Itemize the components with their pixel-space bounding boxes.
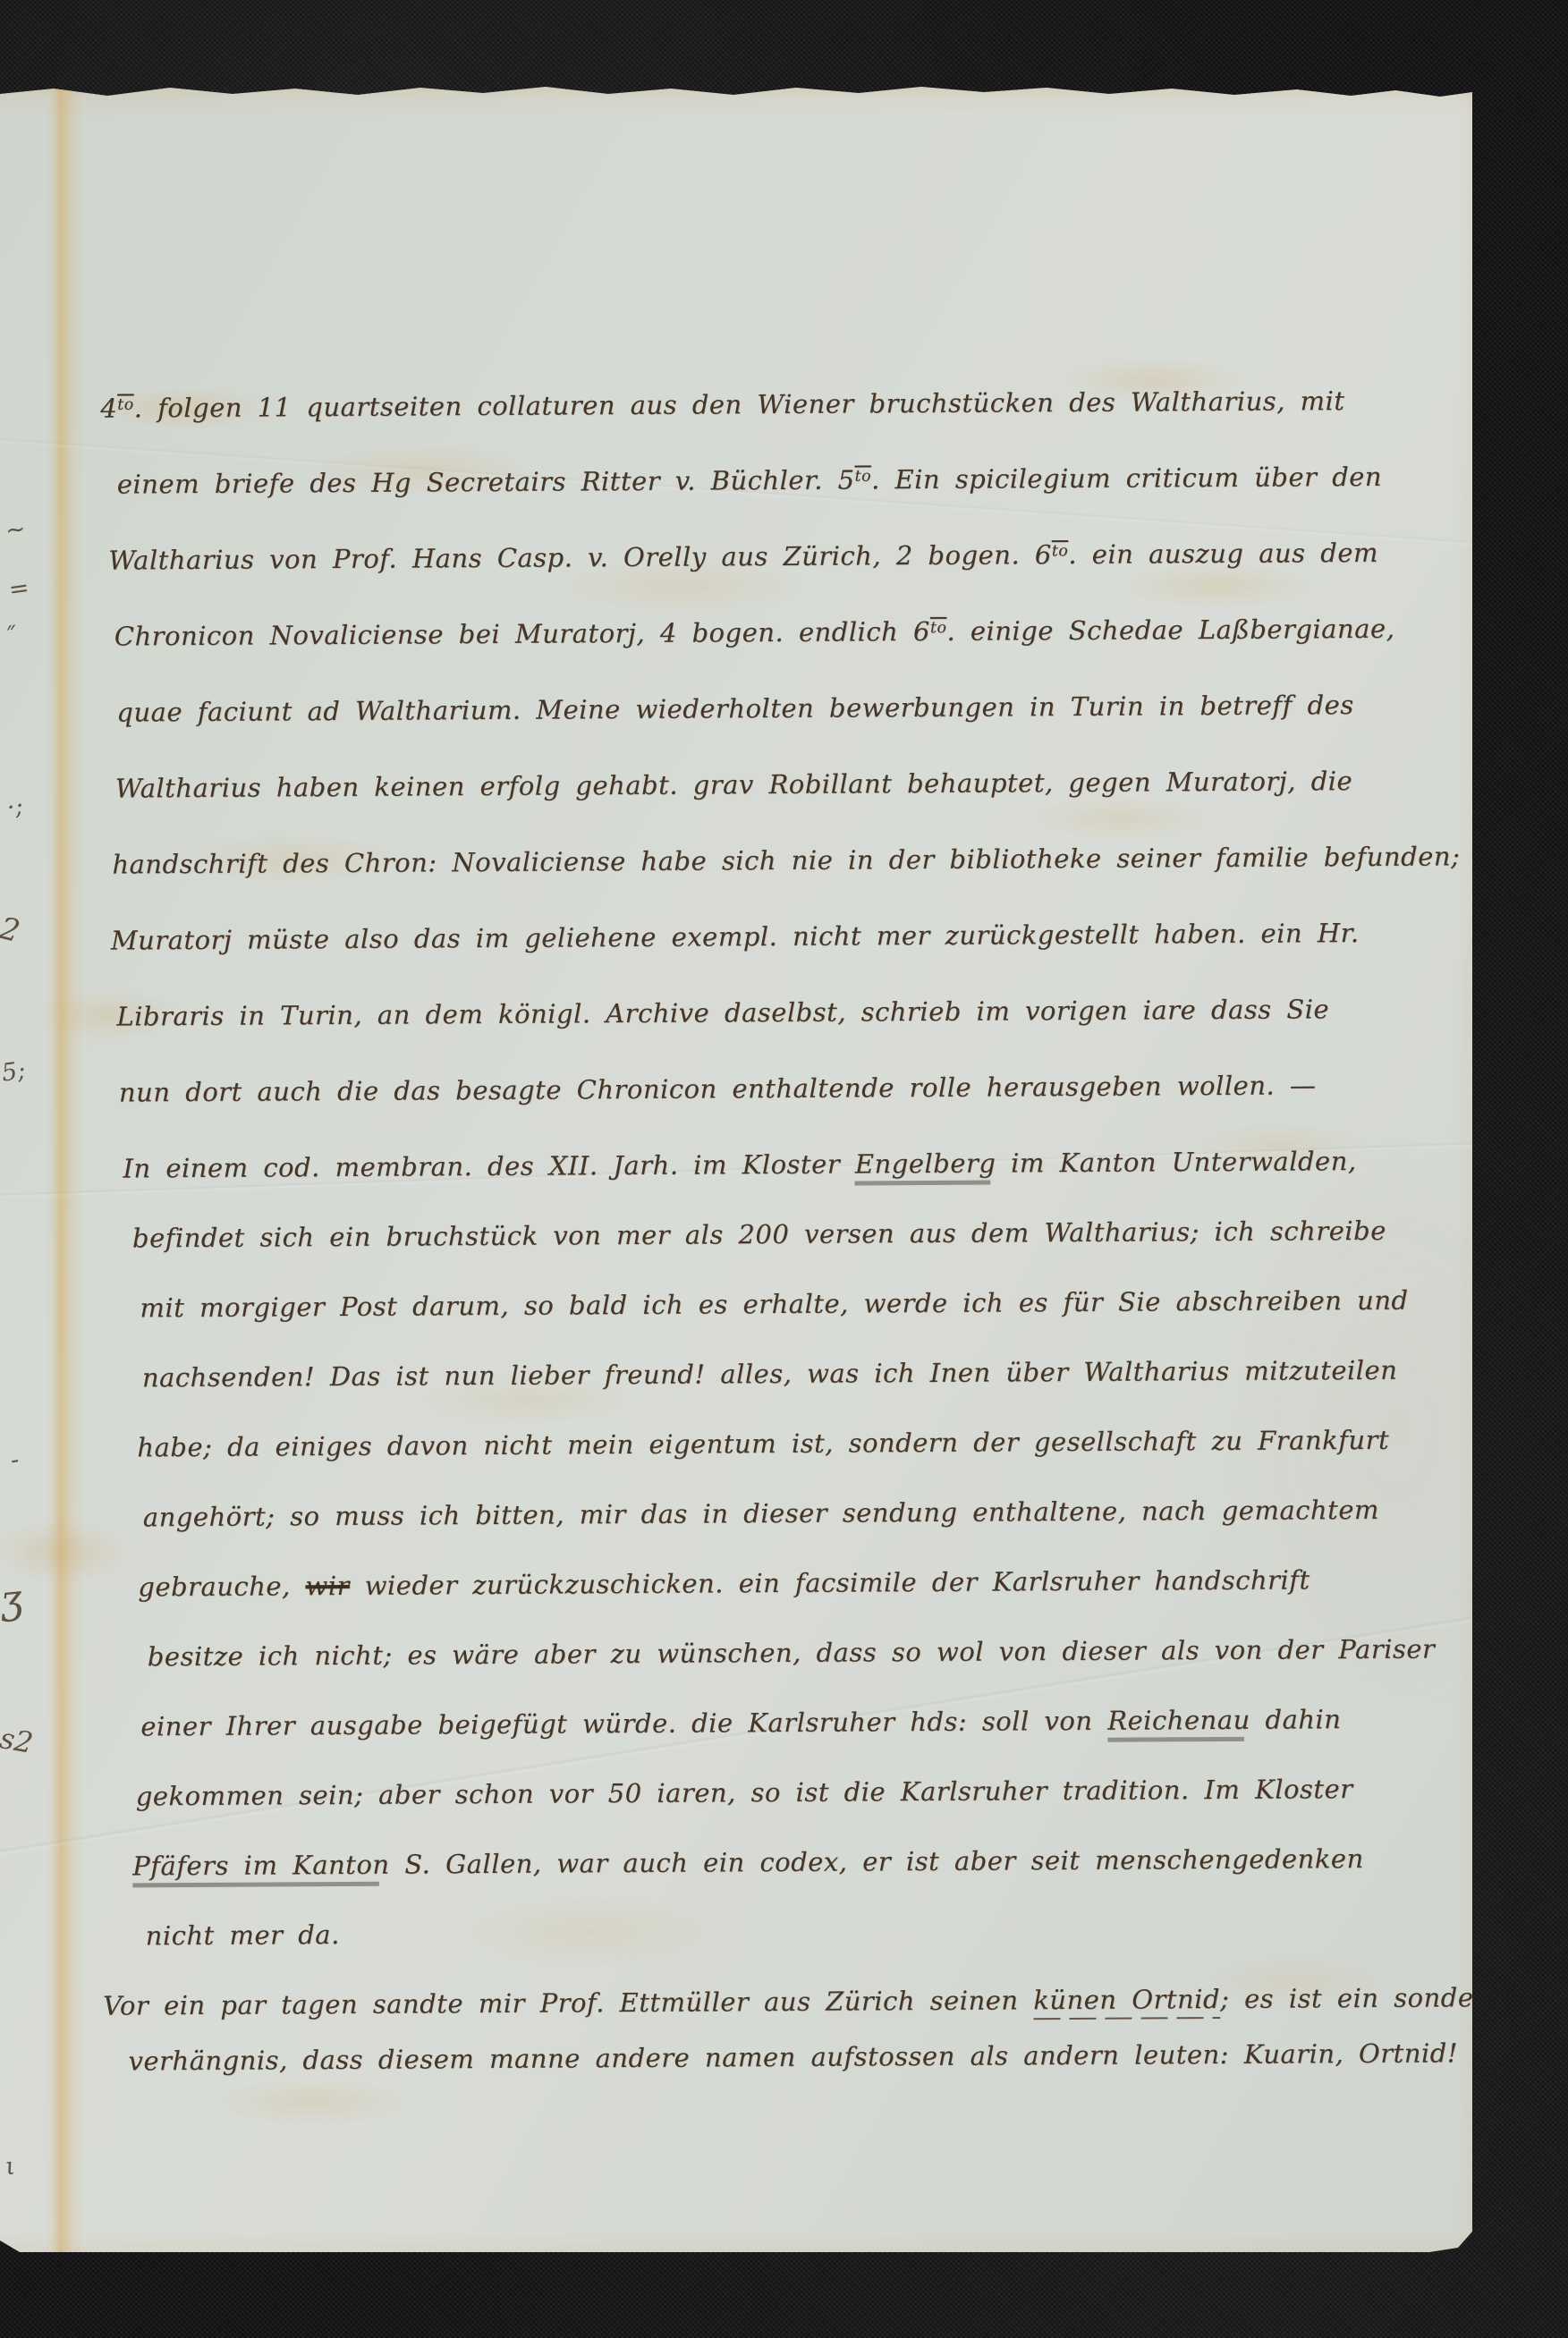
line-text: mit morgiger Post darum, so bald ich es … (140, 1285, 1408, 1324)
ink-fragment: ʒ (0, 1576, 24, 1623)
ordinal-superscript: to (1052, 542, 1069, 560)
manuscript-line: nicht mer da. (110, 1912, 1452, 1990)
pencil-underlined-word: Reichenau (1107, 1705, 1250, 1742)
manuscript-line: einem briefe des Hg Secretairs Ritter v.… (101, 461, 1443, 545)
manuscript-line: einer Ihrer ausgabe beigefügt würde. die… (108, 1703, 1450, 1781)
manuscript-line: Vor ein par tagen sandte mir Prof. Ettmü… (103, 1982, 1452, 2046)
line-text: Chronicon Novaliciense bei Muratorj, 4 b… (114, 616, 930, 652)
pencil-underlined-word: Engelberg (855, 1148, 996, 1185)
manuscript-line: habe; da einiges davon nicht mein eigent… (106, 1424, 1448, 1502)
manuscript-text: 4to. folgen 11 quartseiten collaturen au… (100, 385, 1453, 2105)
ink-fragment: ·; (5, 792, 25, 822)
ink-fragment: 5; (0, 1056, 27, 1087)
manuscript-line: gekommen sein; aber schon vor 50 iaren, … (109, 1773, 1451, 1851)
line-text: im Kanton Unterwalden, (996, 1146, 1356, 1178)
manuscript-line: handschrift des Chron: Novaliciense habe… (103, 841, 1445, 925)
ordinal-superscript: to (930, 619, 947, 637)
manuscript-line: 4to. folgen 11 quartseiten collaturen au… (100, 385, 1442, 469)
manuscript-line: befindet sich ein bruchstück von mer als… (106, 1215, 1447, 1292)
line-text: Vor ein par tagen sandte mir Prof. Ettmü… (103, 1985, 1033, 2020)
manuscript-line: nachsenden! Das ist nun lieber freund! a… (106, 1354, 1448, 1432)
manuscript-line: quae faciunt ad Waltharium. Meine wieder… (102, 689, 1444, 773)
line-text: wieder zurückzuschicken. ein facsimile d… (350, 1564, 1310, 1601)
ink-fragment: = (7, 574, 31, 605)
line-text: gekommen sein; aber schon vor 50 iaren, … (136, 1774, 1353, 1811)
line-text: nun dort auch die das besagte Chronicon … (119, 1070, 1317, 1107)
line-text: 4 (100, 393, 117, 423)
ink-fragment: ι (4, 2152, 17, 2181)
pencil-underlined-word: Pfäfers im Kanton (132, 1850, 390, 1888)
line-text: Libraris in Turin, an dem königl. Archiv… (116, 994, 1329, 1031)
ink-fragment: ~ (4, 515, 28, 546)
ink-fragment: 2 (0, 911, 23, 950)
ordinal-superscript: to (117, 396, 134, 414)
line-text: ; es ist ein sonderbares (1220, 1982, 1562, 2014)
struck-out-word: wir (305, 1571, 350, 1601)
line-text: gebrauche, (138, 1571, 305, 1602)
manuscript-line: Chronicon Novaliciense bei Muratorj, 4 b… (102, 613, 1444, 697)
line-text: befindet sich ein bruchstück von mer als… (132, 1216, 1386, 1254)
line-text: . Ein spicilegium criticum über den (871, 462, 1382, 495)
line-text: Muratorj müste also das im geliehene exe… (111, 918, 1360, 956)
manuscript-line: Waltharius haben keinen erfolg gehabt. g… (103, 765, 1445, 849)
manuscript-line: Libraris in Turin, an dem königl. Archiv… (104, 993, 1445, 1077)
photograph-of-manuscript-letter: { "scene": { "background_color": "#12121… (0, 0, 1568, 2338)
manuscript-line: Waltharius von Prof. Hans Casp. v. Orell… (101, 537, 1443, 621)
line-text: nicht mer da. (146, 1919, 340, 1951)
manuscript-line: angehört; so muss ich bitten, mir das in… (107, 1494, 1449, 1571)
ink-fragment: s2 (0, 1721, 36, 1760)
line-text: S. Gallen, war auch ein codex, er ist ab… (389, 1843, 1363, 1880)
manuscript-line: verhängnis, dass diesem manne andere nam… (110, 2037, 1452, 2105)
line-text: Waltharius haben keinen erfolg gehabt. g… (115, 766, 1352, 803)
line-text: habe; da einiges davon nicht mein eigent… (137, 1425, 1389, 1463)
line-text: angehört; so muss ich bitten, mir das in… (143, 1495, 1379, 1532)
ink-fragment: ˝ (2, 623, 18, 652)
line-text: Waltharius von Prof. Hans Casp. v. Orell… (108, 539, 1052, 575)
line-text: dahin (1250, 1704, 1342, 1735)
facing-page-ink-fragments: ~ = ˝ ·; 2 5; - ʒ s2 ι (0, 85, 48, 2252)
line-text: nachsenden! Das ist nun lieber freund! a… (142, 1355, 1398, 1393)
line-text: . ein auszug aus dem (1068, 538, 1378, 570)
line-text: In einem cod. membran. des XII. Jarh. im… (123, 1148, 855, 1183)
line-text: quae faciunt ad Waltharium. Meine wieder… (116, 690, 1354, 727)
manuscript-line: mit morgiger Post darum, so bald ich es … (106, 1284, 1447, 1362)
ink-fragment: - (9, 1446, 21, 1475)
ordinal-superscript: to (854, 468, 871, 486)
manuscript-line: nun dort auch die das besagte Chronicon … (105, 1069, 1446, 1153)
manuscript-line: Pfäfers im Kanton S. Gallen, war auch ei… (109, 1842, 1451, 1920)
manuscript-line: besitze ich nicht; es wäre aber zu wünsc… (108, 1633, 1450, 1711)
line-text: einer Ihrer ausgabe beigefügt würde. die… (140, 1706, 1107, 1742)
manuscript-line: Muratorj müste also das im geliehene exe… (104, 917, 1445, 1001)
ink-underlined-words: künen Ortnid (1033, 1984, 1220, 2020)
line-text: . folgen 11 quartseiten collaturen aus d… (134, 385, 1345, 423)
line-text: . einige Schedae Laßbergianae, (946, 614, 1394, 647)
manuscript-line: gebrauche, wir wieder zurückzuschicken. … (107, 1563, 1449, 1641)
manuscript-line: In einem cod. membran. des XII. Jarh. im… (105, 1145, 1446, 1223)
letter-page: ~ = ˝ ·; 2 5; - ʒ s2 ι 4to. folgen 11 qu… (0, 85, 1472, 2252)
line-text: einem briefe des Hg Secretairs Ritter v.… (117, 464, 855, 499)
